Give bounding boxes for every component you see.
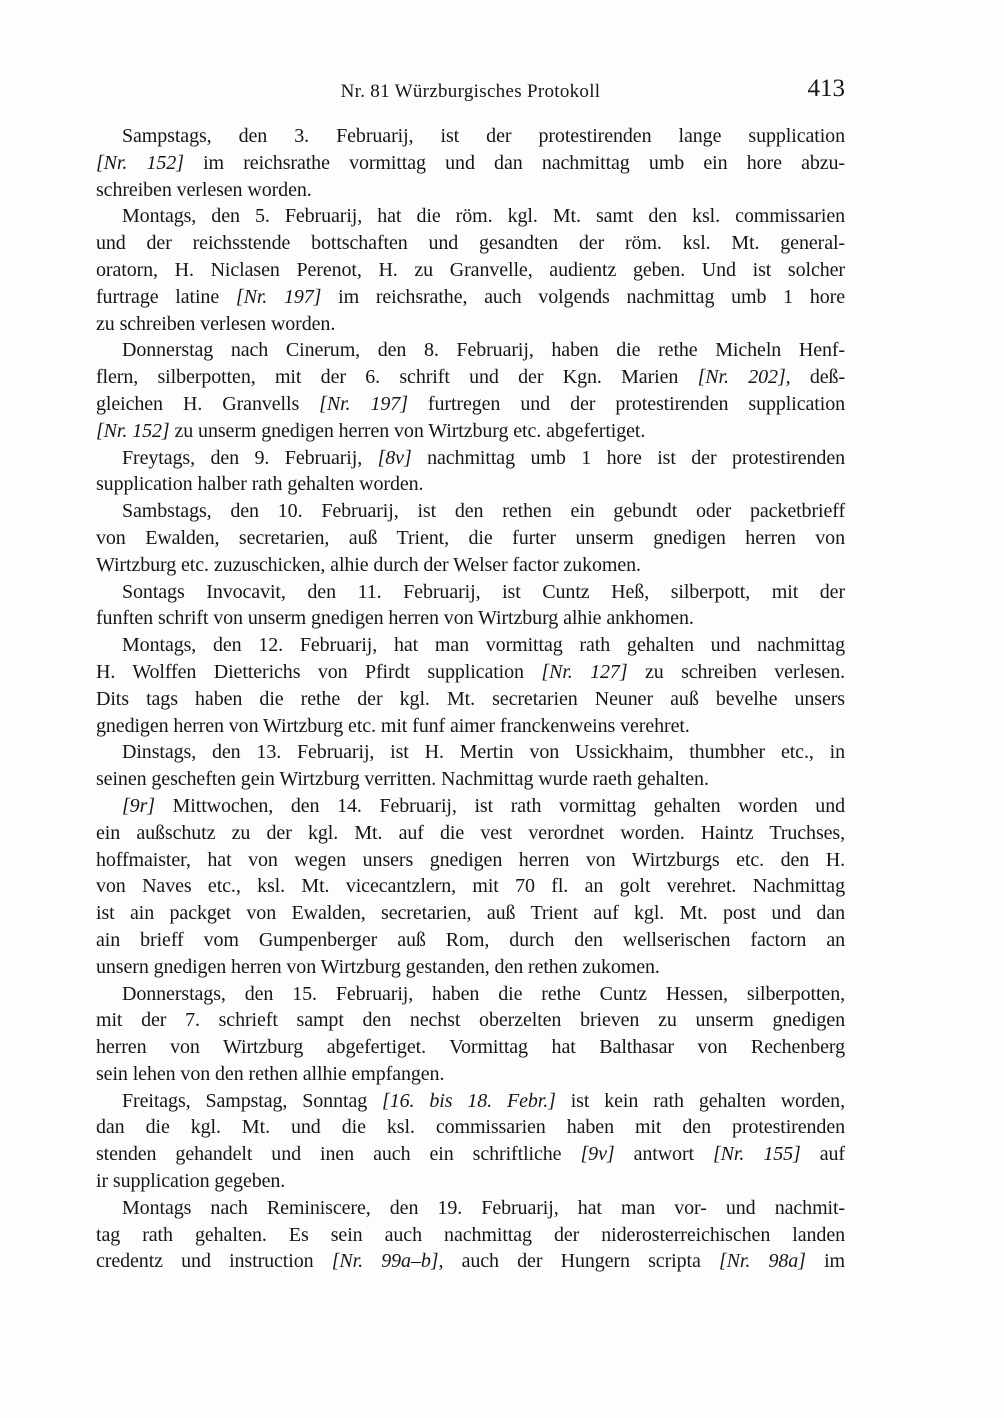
text-line: supplication halber rath gehalten worden… [96,471,845,498]
text-segment: herren von Wirtzburg abgefertiget. Vormi… [96,1036,845,1058]
text-line: [Nr. 152] im reichsrathe vormittag und d… [96,150,845,177]
text-segment: Sampstags, den 3. Februarij, ist der pro… [122,125,845,147]
text-line: Sontags Invocavit, den 11. Februarij, is… [96,579,845,606]
text-segment: credentz und instruction [96,1250,332,1272]
text-segment: von Ewalden, secretarien, auß Trient, di… [96,527,845,549]
text-segment: gnedigen herren von Wirtzburg etc. mit f… [96,715,690,737]
text-segment: stenden gehandelt und inen auch ein schr… [96,1143,580,1165]
editorial-reference: [8v] [378,447,412,469]
text-line: tag rath gehalten. Es sein auch nachmitt… [96,1222,845,1249]
text-segment: zu unserm gnedigen herren von Wirtzburg … [170,420,646,442]
text-segment: dan die kgl. Mt. und die ksl. commissari… [96,1116,845,1138]
paragraph: [9r] Mittwochen, den 14. Februarij, ist … [96,793,845,981]
page-content: Nr. 81 Würzburgisches Protokoll 413 Samp… [96,78,845,1275]
paragraph: Montags, den 12. Februarij, hat man vorm… [96,632,845,739]
text-segment: hoffmaister, hat von wegen unsers gnedig… [96,849,845,871]
text-segment: ist kein rath gehalten worden, [556,1090,845,1112]
text-line: mit der 7. schrieft sampt den nechst obe… [96,1007,845,1034]
editorial-reference: [Nr. 152] [96,420,170,442]
editorial-reference: [Nr. 155] [713,1143,801,1165]
text-line: herren von Wirtzburg abgefertiget. Vormi… [96,1034,845,1061]
text-line: Montags, den 5. Februarij, hat die röm. … [96,203,845,230]
text-line: [9r] Mittwochen, den 14. Februarij, ist … [96,793,845,820]
text-line: flern, silberpotten, mit der 6. schrift … [96,364,845,391]
text-line: dan die kgl. Mt. und die ksl. commissari… [96,1114,845,1141]
paragraph: Donnerstags, den 15. Februarij, haben di… [96,981,845,1088]
header-title: Nr. 81 Würzburgisches Protokoll [96,78,845,106]
text-line: unsern gnedigen herren von Wirtzburg ges… [96,954,845,981]
text-line: gleichen H. Granvells [Nr. 197] furtrege… [96,391,845,418]
text-segment: Sontags Invocavit, den 11. Februarij, is… [122,581,845,603]
text-line: ein außschutz zu der kgl. Mt. auf die ve… [96,820,845,847]
paragraph: Montags nach Reminiscere, den 19. Februa… [96,1195,845,1275]
text-segment: im reichsrathe, auch volgends nachmittag… [321,286,845,308]
text-line: Sampstags, den 3. Februarij, ist der pro… [96,123,845,150]
editorial-reference: [Nr. 152] [96,152,184,174]
editorial-reference: [Nr. 98a] [719,1250,806,1272]
text-line: seinen gescheften gein Wirtzburg verritt… [96,766,845,793]
text-line: H. Wolffen Dietterichs von Pfirdt suppli… [96,659,845,686]
paragraph: Montags, den 5. Februarij, hat die röm. … [96,203,845,337]
editorial-reference: [Nr. 202] [698,366,786,388]
editorial-reference: [Nr. 99a–b] [332,1250,439,1272]
paragraph: Freitags, Sampstag, Sonntag [16. bis 18.… [96,1088,845,1195]
paragraph: Dinstags, den 13. Februarij, ist H. Mert… [96,739,845,793]
text-segment: Sambstags, den 10. Februarij, ist den re… [122,500,845,522]
text-line: funften schrift von unserm gnedigen herr… [96,605,845,632]
text-segment: Mittwochen, den 14. Februarij, ist rath … [155,795,845,817]
editorial-reference: [9r] [122,795,155,817]
text-segment: tag rath gehalten. Es sein auch nachmitt… [96,1224,845,1246]
text-segment: Montags nach Reminiscere, den 19. Februa… [122,1197,845,1219]
text-segment: Montags, den 5. Februarij, hat die röm. … [122,205,845,227]
text-segment: mit der 7. schrieft sampt den nechst obe… [96,1009,845,1031]
editorial-reference: [Nr. 197] [236,286,321,308]
text-line: von Naves etc., ksl. Mt. vicecantzlern, … [96,873,845,900]
text-line: von Ewalden, secretarien, auß Trient, di… [96,525,845,552]
text-segment: Donnerstags, den 15. Februarij, haben di… [122,983,845,1005]
text-line: und der reichsstende bottschaften und ge… [96,230,845,257]
text-segment: , auch der Hungern scripta [438,1250,719,1272]
text-segment: und der reichsstende bottschaften und ge… [96,232,845,254]
text-line: Freytags, den 9. Februarij, [8v] nachmit… [96,445,845,472]
running-header: Nr. 81 Würzburgisches Protokoll 413 [96,78,845,106]
text-segment: Dinstags, den 13. Februarij, ist H. Mert… [122,741,845,763]
text-segment: ir supplication gegeben. [96,1170,285,1192]
text-line: Montags nach Reminiscere, den 19. Februa… [96,1195,845,1222]
text-line: Wirtzburg etc. zuzuschicken, alhie durch… [96,552,845,579]
text-segment: furtregen und der protestirenden supplic… [408,393,845,415]
book-page: Nr. 81 Würzburgisches Protokoll 413 Samp… [0,0,1004,1418]
text-segment: im [806,1250,845,1272]
text-segment: Montags, den 12. Februarij, hat man vorm… [122,634,845,656]
text-line: Donnerstags, den 15. Februarij, haben di… [96,981,845,1008]
text-segment: ein außschutz zu der kgl. Mt. auf die ve… [96,822,845,844]
text-segment: oratorn, H. Niclasen Perenot, H. zu Gran… [96,259,845,281]
editorial-reference: [Nr. 127] [541,661,627,683]
text-segment: von Naves etc., ksl. Mt. vicecantzlern, … [96,875,845,897]
text-segment: Freitags, Sampstag, Sonntag [122,1090,382,1112]
text-line: stenden gehandelt und inen auch ein schr… [96,1141,845,1168]
text-segment: gleichen H. Granvells [96,393,319,415]
text-line: schreiben verlesen worden. [96,177,845,204]
text-line: Montags, den 12. Februarij, hat man vorm… [96,632,845,659]
text-segment: H. Wolffen Dietterichs von Pfirdt suppli… [96,661,541,683]
text-line: ain brieff vom Gumpenberger auß Rom, dur… [96,927,845,954]
text-segment: furtrage latine [96,286,236,308]
text-line: zu schreiben verlesen worden. [96,311,845,338]
text-line: sein lehen von den rethen allhie empfang… [96,1061,845,1088]
text-segment: nachmittag umb 1 hore ist der protestire… [412,447,845,469]
text-segment: Dits tags haben die rethe der kgl. Mt. s… [96,688,845,710]
text-segment: Donnerstag nach Cinerum, den 8. Februari… [122,339,845,361]
text-line: ist ain packget von Ewalden, secretarien… [96,900,845,927]
text-segment: flern, silberpotten, mit der 6. schrift … [96,366,698,388]
text-segment: sein lehen von den rethen allhie empfang… [96,1063,444,1085]
text-line: Donnerstag nach Cinerum, den 8. Februari… [96,337,845,364]
text-segment: Freytags, den 9. Februarij, [122,447,378,469]
editorial-reference: [16. bis 18. Febr.] [382,1090,556,1112]
text-segment: antwort [615,1143,713,1165]
text-segment: ist ain packget von Ewalden, secretarien… [96,902,845,924]
text-line: Dits tags haben die rethe der kgl. Mt. s… [96,686,845,713]
text-segment: zu schreiben verlesen worden. [96,313,335,335]
editorial-reference: [9v] [580,1143,614,1165]
text-line: hoffmaister, hat von wegen unsers gnedig… [96,847,845,874]
text-segment: unsern gnedigen herren von Wirtzburg ges… [96,956,660,978]
text-line: Freitags, Sampstag, Sonntag [16. bis 18.… [96,1088,845,1115]
paragraph: Freytags, den 9. Februarij, [8v] nachmit… [96,445,845,499]
text-line: Dinstags, den 13. Februarij, ist H. Mert… [96,739,845,766]
text-body: Sampstags, den 3. Februarij, ist der pro… [96,123,845,1275]
editorial-reference: [Nr. 197] [319,393,408,415]
text-line: furtrage latine [Nr. 197] im reichsrathe… [96,284,845,311]
text-line: credentz und instruction [Nr. 99a–b], au… [96,1248,845,1275]
text-segment: seinen gescheften gein Wirtzburg verritt… [96,768,709,790]
paragraph: Sontags Invocavit, den 11. Februarij, is… [96,579,845,633]
page-number: 413 [808,75,846,103]
text-segment: Wirtzburg etc. zuzuschicken, alhie durch… [96,554,641,576]
text-line: [Nr. 152] zu unserm gnedigen herren von … [96,418,845,445]
text-segment: auf [801,1143,845,1165]
text-segment: schreiben verlesen worden. [96,179,312,201]
text-line: ir supplication gegeben. [96,1168,845,1195]
text-line: gnedigen herren von Wirtzburg etc. mit f… [96,713,845,740]
text-segment: ain brieff vom Gumpenberger auß Rom, dur… [96,929,845,951]
paragraph: Sampstags, den 3. Februarij, ist der pro… [96,123,845,203]
text-segment: zu schreiben verlesen. [628,661,845,683]
text-segment: im reichsrathe vormittag und dan nachmit… [184,152,845,174]
paragraph: Donnerstag nach Cinerum, den 8. Februari… [96,337,845,444]
text-segment: supplication halber rath gehalten worden… [96,473,423,495]
paragraph: Sambstags, den 10. Februarij, ist den re… [96,498,845,578]
text-line: Sambstags, den 10. Februarij, ist den re… [96,498,845,525]
text-segment: , deß- [786,366,845,388]
text-segment: funften schrift von unserm gnedigen herr… [96,607,694,629]
text-line: oratorn, H. Niclasen Perenot, H. zu Gran… [96,257,845,284]
